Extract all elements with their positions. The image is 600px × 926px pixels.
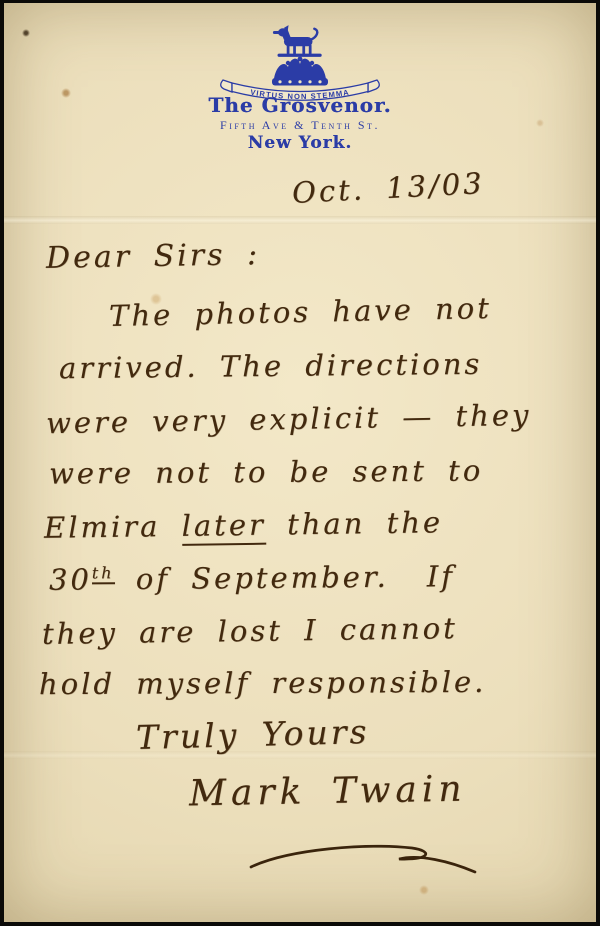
body-line: Elmira later than the <box>44 505 444 545</box>
signature-flourish-icon <box>247 839 482 887</box>
salutation: Dear Sirs : <box>46 237 261 276</box>
hotel-city: New York. <box>4 133 596 153</box>
body-line-segment: If <box>427 559 455 593</box>
body-line-segment: Elmira <box>44 509 182 545</box>
fold-crease <box>4 216 596 224</box>
body-line-segment: of September. <box>114 560 388 596</box>
hotel-name: The Grosvenor. <box>4 93 596 117</box>
body-line: arrived. The directions <box>59 347 483 385</box>
body-line: were not to be sent to <box>49 453 483 490</box>
body-line: hold myself responsible. <box>39 665 487 701</box>
body-line-segment: than the <box>266 505 444 541</box>
closing: Truly Yours <box>136 712 370 757</box>
hotel-address: Fifth Ave & Tenth St. <box>4 118 596 133</box>
underlined-word: later <box>181 508 266 546</box>
scan-border: VIRTUS NON STEMMA The Grosvenor. Fifth A… <box>0 0 600 926</box>
letter-date: Oct. 13/03 <box>291 166 485 210</box>
signature: Mark Twain <box>189 769 467 815</box>
body-line-segment: 30 <box>49 562 92 596</box>
body-line: 30th of September.If <box>49 559 455 597</box>
ordinal-suffix: th <box>92 564 115 585</box>
body-line: were very explicit — they <box>46 398 532 440</box>
body-line: they are lost I cannot <box>42 611 458 651</box>
body-line: The photos have not <box>109 291 492 333</box>
talbot-crest-icon: VIRTUS NON STEMMA <box>220 25 380 101</box>
letter-paper: VIRTUS NON STEMMA The Grosvenor. Fifth A… <box>4 3 596 922</box>
